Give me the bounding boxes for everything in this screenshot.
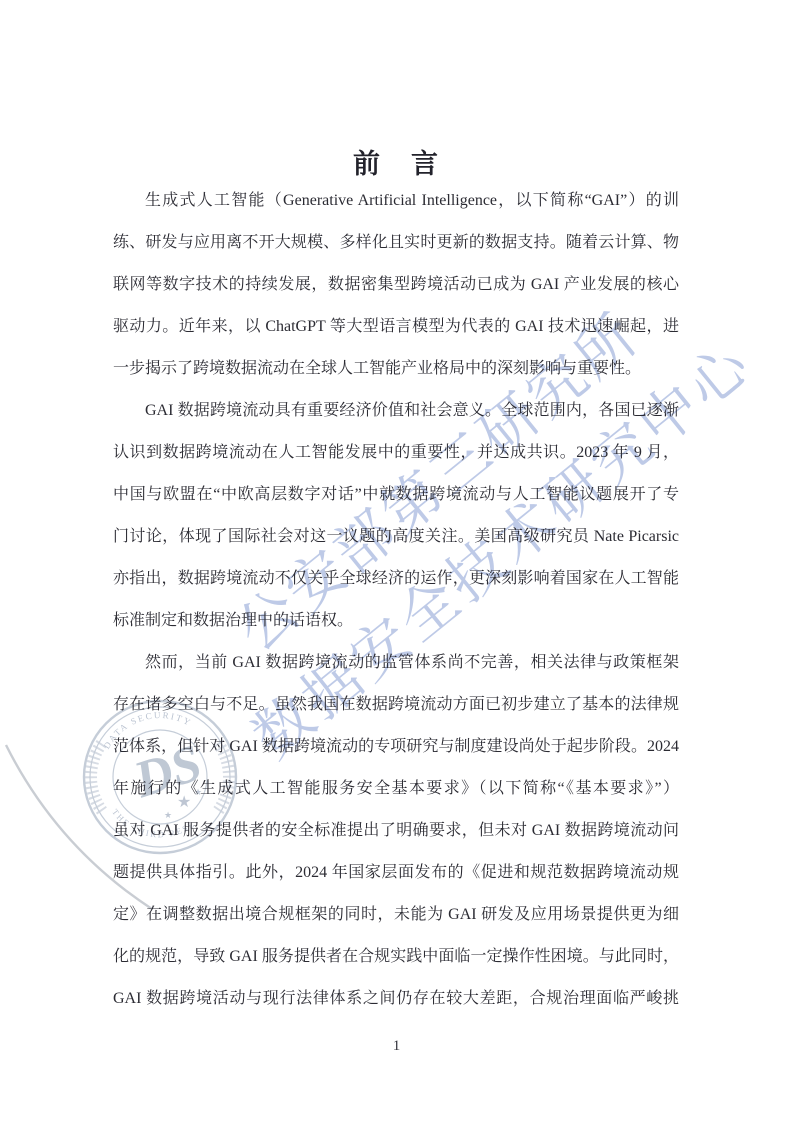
text-line: 标准制定和数据治理中的话语权。 [113,600,679,642]
text-line: 题提供具体指引。此外，2024 年国家层面发布的《促进和规范数据跨境流动规 [113,852,679,894]
text-line: 练、研发与应用离不开大规模、多样化且实时更新的数据支持。随着云计算、物 [113,222,679,264]
document-layer: 前 言 生成式人工智能（Generative Artificial Intell… [0,0,793,1122]
text-line: 范体系，但针对 GAI 数据跨境流动的专项研究与制度建设尚处于起步阶段。2024 [113,726,679,768]
document-body: 生成式人工智能（Generative Artificial Intelligen… [113,180,679,1020]
text-line: 一步揭示了跨境数据流动在全球人工智能产业格局中的深刻影响与重要性。 [113,348,679,390]
text-line: 亦指出，数据跨境流动不仅关乎全球经济的运作，更深刻影响着国家在人工智能 [113,558,679,600]
text-line: 虽对 GAI 服务提供者的安全标准提出了明确要求，但未对 GAI 数据跨境流动问 [113,810,679,852]
text-line: 门讨论，体现了国际社会对这一议题的高度关注。美国高级研究员 Nate Picar… [113,516,679,558]
text-line: 存在诸多空白与不足。虽然我国在数据跨境流动方面已初步建立了基本的法律规 [113,684,679,726]
text-line: 中国与欧盟在“中欧高层数字对话”中就数据跨境流动与人工智能议题展开了专 [113,474,679,516]
text-line: 定》在调整数据出境合规框架的同时，未能为 GAI 研发及应用场景提供更为细 [113,894,679,936]
page-number: 1 [0,1038,793,1055]
text-line: 联网等数字技术的持续发展，数据密集型跨境活动已成为 GAI 产业发展的核心 [113,264,679,306]
text-line: 认识到数据跨境流动在人工智能发展中的重要性，并达成共识。2023 年 9 月， [113,432,679,474]
text-line: 年施行的《生成式人工智能服务安全基本要求》（以下简称“《基本要求》”） [113,768,679,810]
text-line: GAI 数据跨境活动与现行法律体系之间仍存在较大差距，合规治理面临严峻挑 [113,978,679,1020]
document-page: DATA SECURITY THE THIRD RESE DS ★ ★ ★ 公安… [0,0,793,1122]
text-line: GAI 数据跨境流动具有重要经济价值和社会意义。全球范围内，各国已逐渐 [113,390,679,432]
page-title: 前 言 [0,142,793,181]
text-line: 驱动力。近年来，以 ChatGPT 等大型语言模型为代表的 GAI 技术迅速崛起… [113,306,679,348]
text-line: 然而，当前 GAI 数据跨境流动的监管体系尚不完善，相关法律与政策框架 [113,642,679,684]
text-line: 化的规范，导致 GAI 服务提供者在合规实践中面临一定操作性困境。与此同时， [113,936,679,978]
text-line: 生成式人工智能（Generative Artificial Intelligen… [113,180,679,222]
